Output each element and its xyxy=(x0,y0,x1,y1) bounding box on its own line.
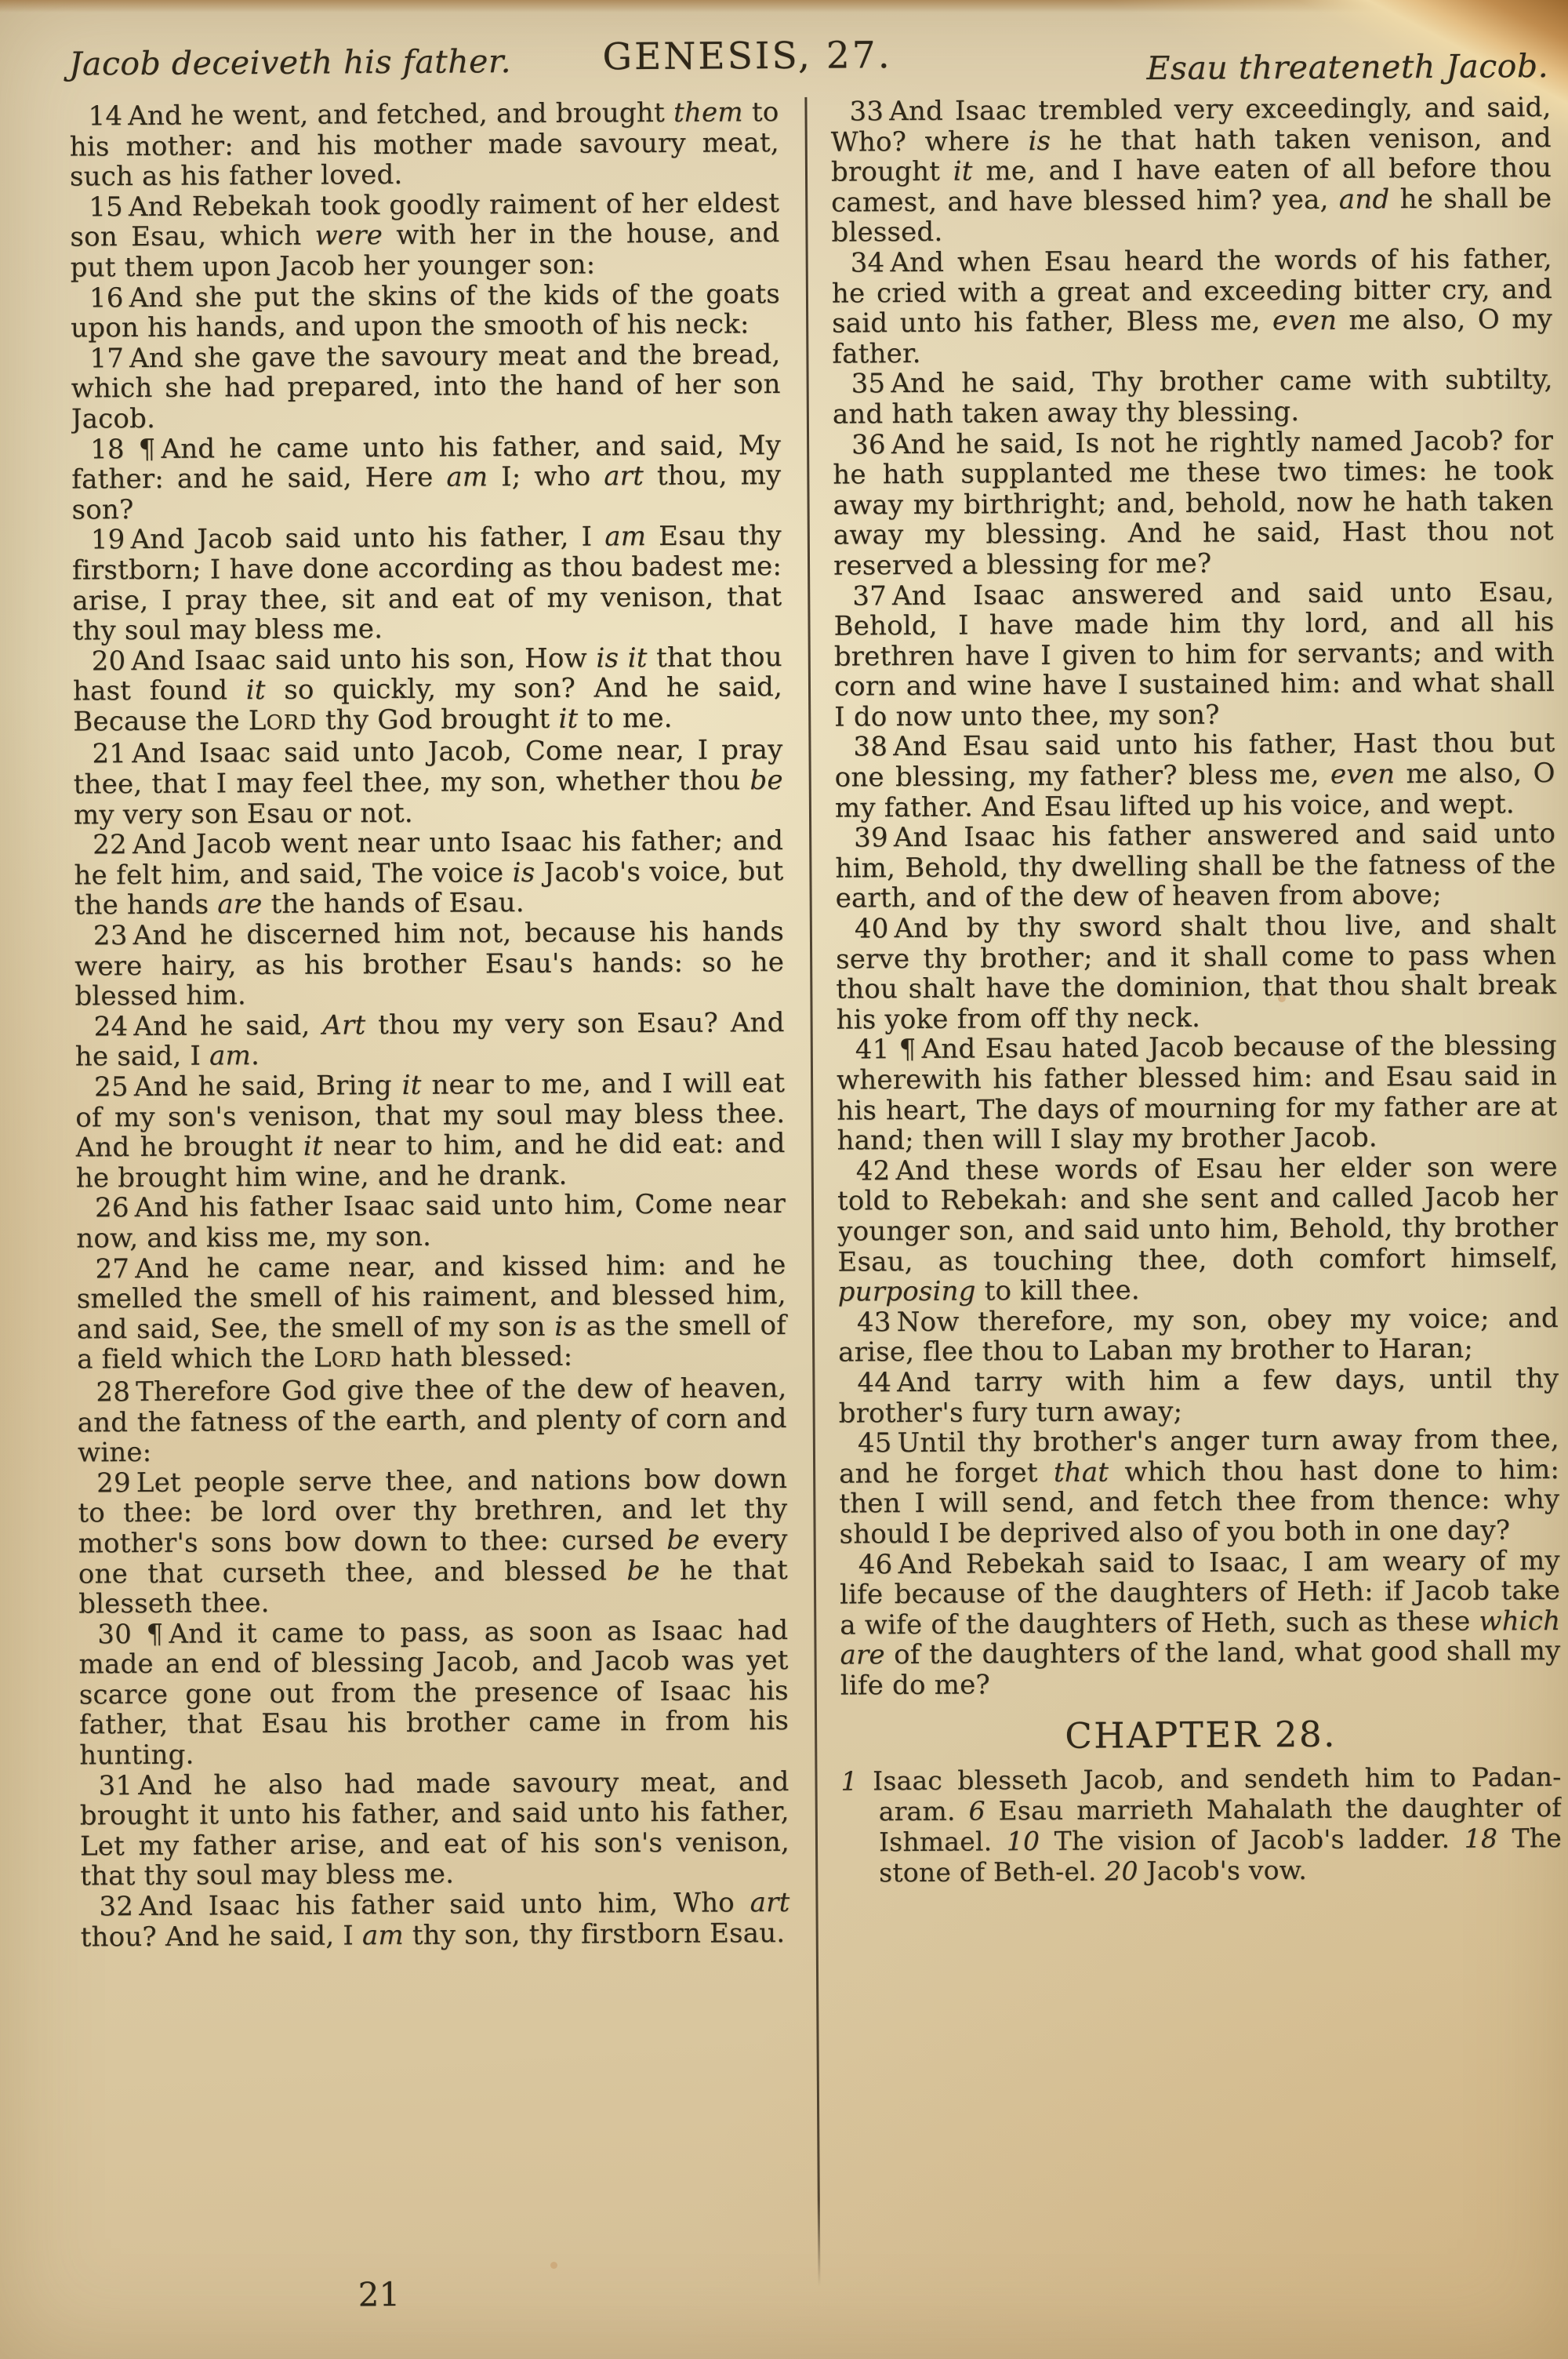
verse-15: 15And Rebekah took goodly raiment of her… xyxy=(70,188,780,283)
verse-number: 20 xyxy=(92,645,126,677)
verse-number: 38 xyxy=(853,732,887,763)
verse-number: 46 xyxy=(858,1549,893,1580)
verse-22: 22And Jacob went near unto Isaac his fat… xyxy=(74,826,784,921)
page-title: GENESIS, 27. xyxy=(543,34,951,79)
verse-24: 24And he said, Art thou my very son Esau… xyxy=(75,1008,785,1073)
verse-number: 29 xyxy=(96,1467,131,1499)
scanned-sheet: Jacob deceiveth his father. GENESIS, 27.… xyxy=(0,0,1568,2359)
verse-20: 20And Isaac said unto his son, How is it… xyxy=(73,642,783,740)
verse-number: 28 xyxy=(96,1376,130,1408)
verse-number: 41 ¶ xyxy=(855,1034,916,1065)
verse-number: 43 xyxy=(857,1307,891,1338)
verse-21: 21And Isaac said unto Jacob, Come near, … xyxy=(73,735,783,830)
verse-number: 15 xyxy=(89,191,123,223)
page-number: 21 xyxy=(320,2275,437,2314)
verse-number: 23 xyxy=(93,920,128,951)
verse-number: 36 xyxy=(851,429,886,460)
verse-41: 41 ¶And Esau hated Jacob because of the … xyxy=(837,1030,1558,1156)
verse-25: 25And he said, Bring it near to me, and … xyxy=(75,1068,786,1194)
verse-17: 17And she gave the savoury meat and the … xyxy=(71,340,781,434)
verse-18: 18 ¶And he came unto his father, and sai… xyxy=(71,431,782,525)
left-column: 14And he went, and fetched, and brought … xyxy=(69,97,793,2359)
verse-19: 19And Jacob said unto his father, I am E… xyxy=(72,521,782,646)
verse-29: 29Let people serve thee, and nations bow… xyxy=(78,1464,788,1619)
verse-number: 31 xyxy=(98,1770,132,1801)
verse-44: 44And tarry with him a few days, until t… xyxy=(838,1364,1559,1429)
text-columns: 14And he went, and fetched, and brought … xyxy=(69,93,1565,2359)
small-caps-word: LORD xyxy=(314,1342,382,1374)
verse-39: 39And Isaac his father answered and said… xyxy=(835,819,1556,914)
verse-38: 38And Esau said unto his father, Hast th… xyxy=(834,728,1555,823)
verse-14: 14And he went, and fetched, and brought … xyxy=(69,97,779,192)
verse-number: 25 xyxy=(94,1071,129,1103)
right-column-verses: 33And Isaac trembled very exceedingly, a… xyxy=(830,93,1560,1701)
verse-35: 35And he said, Thy brother came with sub… xyxy=(833,365,1553,430)
verse-23: 23And he discerned him not, because his … xyxy=(74,917,785,1012)
verse-37: 37And Isaac answered and said unto Esau,… xyxy=(833,576,1555,732)
verse-16: 16And she put the skins of the kids of t… xyxy=(71,279,780,344)
verse-36: 36And he said, Is not he rightly named J… xyxy=(833,426,1554,582)
verse-number: 39 xyxy=(854,822,888,853)
verse-number: 18 ¶ xyxy=(90,433,156,465)
verse-33: 33And Isaac trembled very exceedingly, a… xyxy=(830,93,1552,249)
small-caps-word: LORD xyxy=(249,705,317,737)
verse-45: 45Until thy brother's anger turn away fr… xyxy=(839,1424,1560,1550)
verse-number: 24 xyxy=(94,1011,129,1042)
running-head-right: Esau threateneth Jacob. xyxy=(1146,47,1548,87)
verse-number: 34 xyxy=(851,247,885,278)
running-head-left: Jacob deceiveth his father. xyxy=(69,42,511,82)
verse-number: 26 xyxy=(95,1192,129,1223)
chapter-summary: 1 Isaac blesseth Jacob, and sendeth him … xyxy=(840,1761,1562,1888)
verse-number: 22 xyxy=(93,829,127,860)
verse-27: 27And he came near, and kissed him: and … xyxy=(76,1250,786,1378)
verse-number: 27 xyxy=(95,1253,129,1285)
verse-42: 42And these words of Esau her elder son … xyxy=(837,1152,1559,1308)
verse-number: 45 xyxy=(858,1427,892,1459)
column-divider-rule xyxy=(804,97,820,2287)
verse-31: 31And he also had made savoury meat, and… xyxy=(79,1767,789,1892)
verse-40: 40And by thy sword shalt thou live, and … xyxy=(836,910,1557,1035)
verse-26: 26And his father Isaac said unto him, Co… xyxy=(76,1189,786,1254)
verse-number: 21 xyxy=(92,739,126,770)
verse-number: 33 xyxy=(849,96,884,127)
verse-34: 34And when Esau heard the words of his f… xyxy=(832,244,1553,369)
verse-43: 43Now therefore, my son, obey my voice; … xyxy=(838,1303,1559,1369)
verse-32: 32And Isaac his father said unto him, Wh… xyxy=(80,1888,789,1953)
verse-30: 30 ¶And it came to pass, as soon as Isaa… xyxy=(78,1616,789,1771)
verse-number: 40 xyxy=(855,913,889,944)
verse-number: 32 xyxy=(99,1891,133,1922)
verse-number: 16 xyxy=(89,282,124,314)
verse-28: 28Therefore God give thee of the dew of … xyxy=(77,1373,787,1468)
verse-46: 46And Rebekah said to Isaac, I am weary … xyxy=(840,1545,1561,1701)
verse-number: 35 xyxy=(851,369,886,400)
right-column: 33And Isaac trembled very exceedingly, a… xyxy=(830,93,1565,2359)
chapter-heading: CHAPTER 28. xyxy=(840,1718,1561,1753)
verse-number: 17 xyxy=(89,343,124,374)
verse-number: 42 xyxy=(856,1155,891,1187)
verse-number: 19 xyxy=(91,524,125,555)
verse-number: 30 ¶ xyxy=(97,1619,163,1651)
verse-number: 14 xyxy=(88,100,122,132)
bible-page: Jacob deceiveth his father. GENESIS, 27.… xyxy=(0,0,1568,2359)
verse-number: 37 xyxy=(852,580,887,612)
verse-number: 44 xyxy=(857,1367,891,1398)
